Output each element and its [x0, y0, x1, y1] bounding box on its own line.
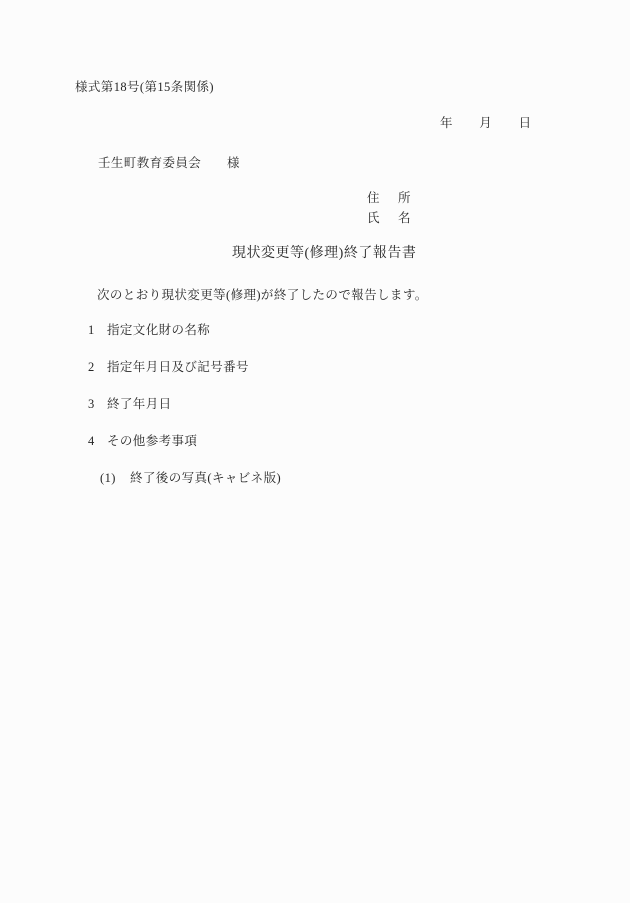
form-number: 様式第18号(第15条関係) — [75, 80, 214, 94]
list-item-other-reference: 4 その他参考事項 — [88, 434, 197, 448]
sub-list-item-label: 終了後の写真(キャビネ版) — [130, 471, 281, 485]
list-item-number: 3 — [88, 397, 107, 411]
list-item-label: 指定年月日及び記号番号 — [107, 360, 249, 374]
sub-list-item-number: (1) — [100, 471, 130, 485]
list-item-designated-property-name: 1 指定文化財の名称 — [88, 323, 210, 337]
addressee-line: 壬生町教育委員会 様 — [98, 156, 240, 170]
list-item-number: 4 — [88, 434, 107, 448]
list-item-completion-date: 3 終了年月日 — [88, 397, 172, 411]
date-line: 年 月 日 — [440, 116, 532, 130]
list-item-label: 指定文化財の名称 — [107, 323, 210, 337]
body-text: 次のとおり現状変更等(修理)が終了したので報告します。 — [97, 288, 428, 302]
document-page: 様式第18号(第15条関係) 年 月 日 壬生町教育委員会 様 住 所 氏 名 … — [0, 0, 630, 903]
address-label: 住 所 — [367, 191, 414, 205]
list-item-label: 終了年月日 — [107, 397, 172, 411]
list-item-designation-date-number: 2 指定年月日及び記号番号 — [88, 360, 249, 374]
document-title: 現状変更等(修理)終了報告書 — [232, 247, 416, 261]
list-item-label: その他参考事項 — [107, 434, 197, 448]
name-label: 氏 名 — [367, 211, 414, 225]
list-item-number: 2 — [88, 360, 107, 374]
list-item-number: 1 — [88, 323, 107, 337]
sub-list-item-photo-after-completion: (1) 終了後の写真(キャビネ版) — [100, 471, 281, 485]
